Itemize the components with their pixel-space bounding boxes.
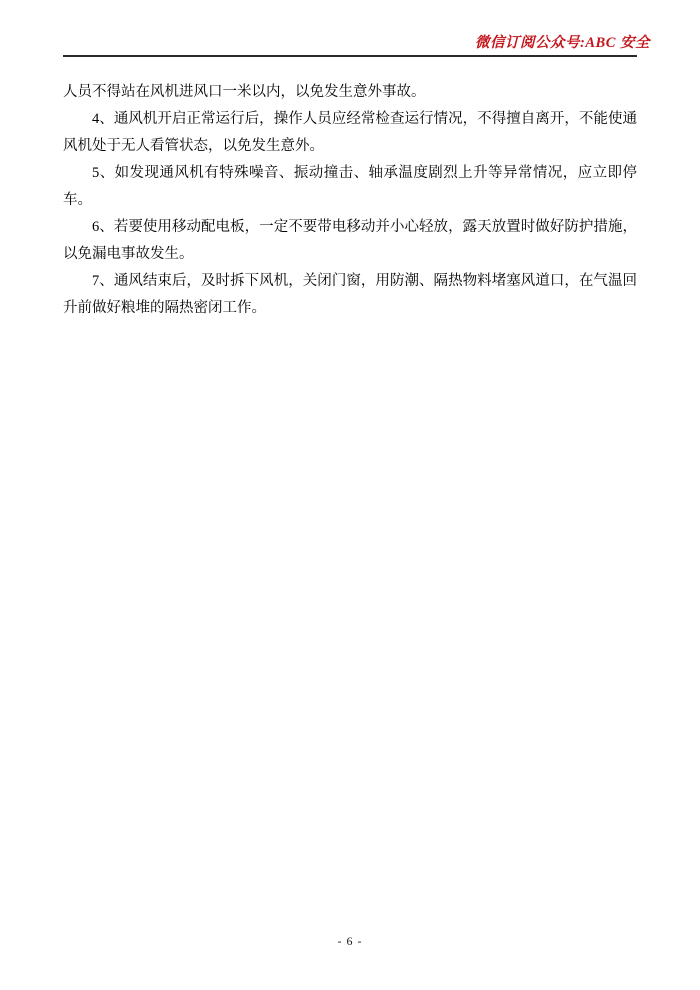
page-footer: - 6 - (0, 934, 700, 949)
paragraph-continuation: 人员不得站在风机进风口一米以内，以免发生意外事故。 (63, 79, 637, 106)
paragraph-item-5: 5、如发现通风机有特殊噪音、振动撞击、轴承温度剧烈上升等异常情况，应立即停车。 (63, 160, 637, 214)
header-rule (63, 55, 637, 57)
paragraph-item-4: 4、通风机开启正常运行后，操作人员应经常检查运行情况，不得擅自离开，不能使通风机… (63, 106, 637, 160)
page-number: - 6 - (338, 934, 363, 948)
header-watermark-text: 微信订阅公众号:ABC 安全 (475, 31, 650, 52)
document-page: 微信订阅公众号:ABC 安全 人员不得站在风机进风口一米以内，以免发生意外事故。… (0, 0, 700, 990)
document-body: 人员不得站在风机进风口一米以内，以免发生意外事故。 4、通风机开启正常运行后，操… (63, 79, 637, 322)
paragraph-item-7: 7、通风结束后，及时拆下风机，关闭门窗，用防潮、隔热物料堵塞风道口，在气温回升前… (63, 268, 637, 322)
paragraph-item-6: 6、若要使用移动配电板，一定不要带电移动并小心轻放，露天放置时做好防护措施，以免… (63, 214, 637, 268)
